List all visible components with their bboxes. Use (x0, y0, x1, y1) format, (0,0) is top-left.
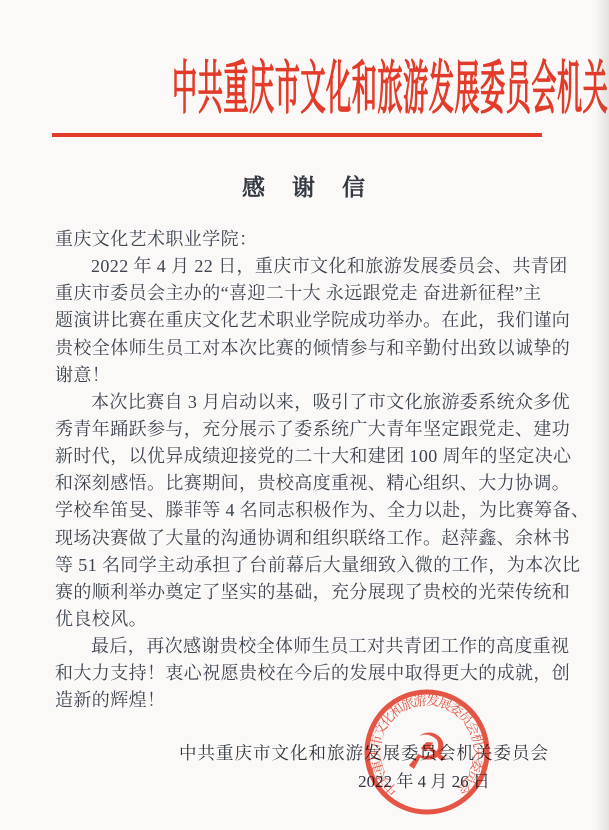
letter-title: 感 谢 信 (0, 169, 609, 202)
body-line: 新时代，以优异成绩迎接党的二十大和建团 100 周年的坚定决心 (55, 443, 572, 470)
body-line: 和大力支持！衷心祝愿贵校在今后的发展中取得更大的成就，创 (55, 660, 572, 687)
body-line: 谢意！ (55, 362, 572, 389)
body-line: 优良校风。 (55, 606, 572, 633)
scan-edge-shadow (595, 0, 609, 830)
body-line: 学校牟笛旻、滕菲等 4 名同志积极作为、全力以赴，为比赛筹备、 (55, 497, 572, 524)
body-line: 等 51 名同学主动承担了台前幕后大量细致入微的工作，为本次比 (55, 552, 572, 579)
letter-body: 重庆文化艺术职业学院： 2022 年 4 月 22 日，重庆市文化和旅游发展委员… (55, 226, 572, 715)
signature-date: 2022 年 4 月 26 日 (348, 767, 500, 792)
letterhead-divider-rule (52, 133, 542, 137)
signature-org-name: 中共重庆市文化和旅游发展委员会机关委员会 (179, 740, 549, 765)
body-line: 题演讲比赛在重庆文化艺术职业学院成功举办。在此，我们谨向 (55, 307, 572, 334)
body-line: 造新的辉煌！ (55, 687, 572, 714)
body-line: 现场决赛做了大量的沟通协调和组织联络工作。赵萍鑫、余林书 (55, 525, 572, 552)
body-line: 重庆市委员会主办的“喜迎二十大 永远跟党走 奋进新征程”主 (55, 280, 572, 307)
body-line: 贵校全体师生员工对本次比赛的倾情参与和辛勤付出致以诚挚的 (55, 335, 572, 362)
scanned-letter-page: 中共重庆市文化和旅游发展委员会机关委员会 感 谢 信 重庆文化艺术职业学院： 2… (0, 0, 609, 830)
body-line: 和深刻感悟。比赛期间，贵校高度重视、精心组织、大力协调。 (55, 470, 572, 497)
body-line: 2022 年 4 月 22 日，重庆市文化和旅游发展委员会、共青团 (55, 253, 572, 280)
salutation: 重庆文化艺术职业学院： (55, 226, 572, 253)
body-line: 本次比赛自 3 月启动以来，吸引了市文化旅游委系统众多优 (55, 389, 572, 416)
body-line: 最后，再次感谢贵校全体师生员工对共青团工作的高度重视 (55, 633, 572, 660)
body-line: 赛的顺利举办奠定了坚实的基础，充分展现了贵校的光荣传统和 (55, 579, 572, 606)
body-line: 秀青年踊跃参与，充分展示了委系统广大青年坚定跟党走、建功 (55, 416, 572, 443)
letterhead: 中共重庆市文化和旅游发展委员会机关委员会 (172, 54, 437, 126)
